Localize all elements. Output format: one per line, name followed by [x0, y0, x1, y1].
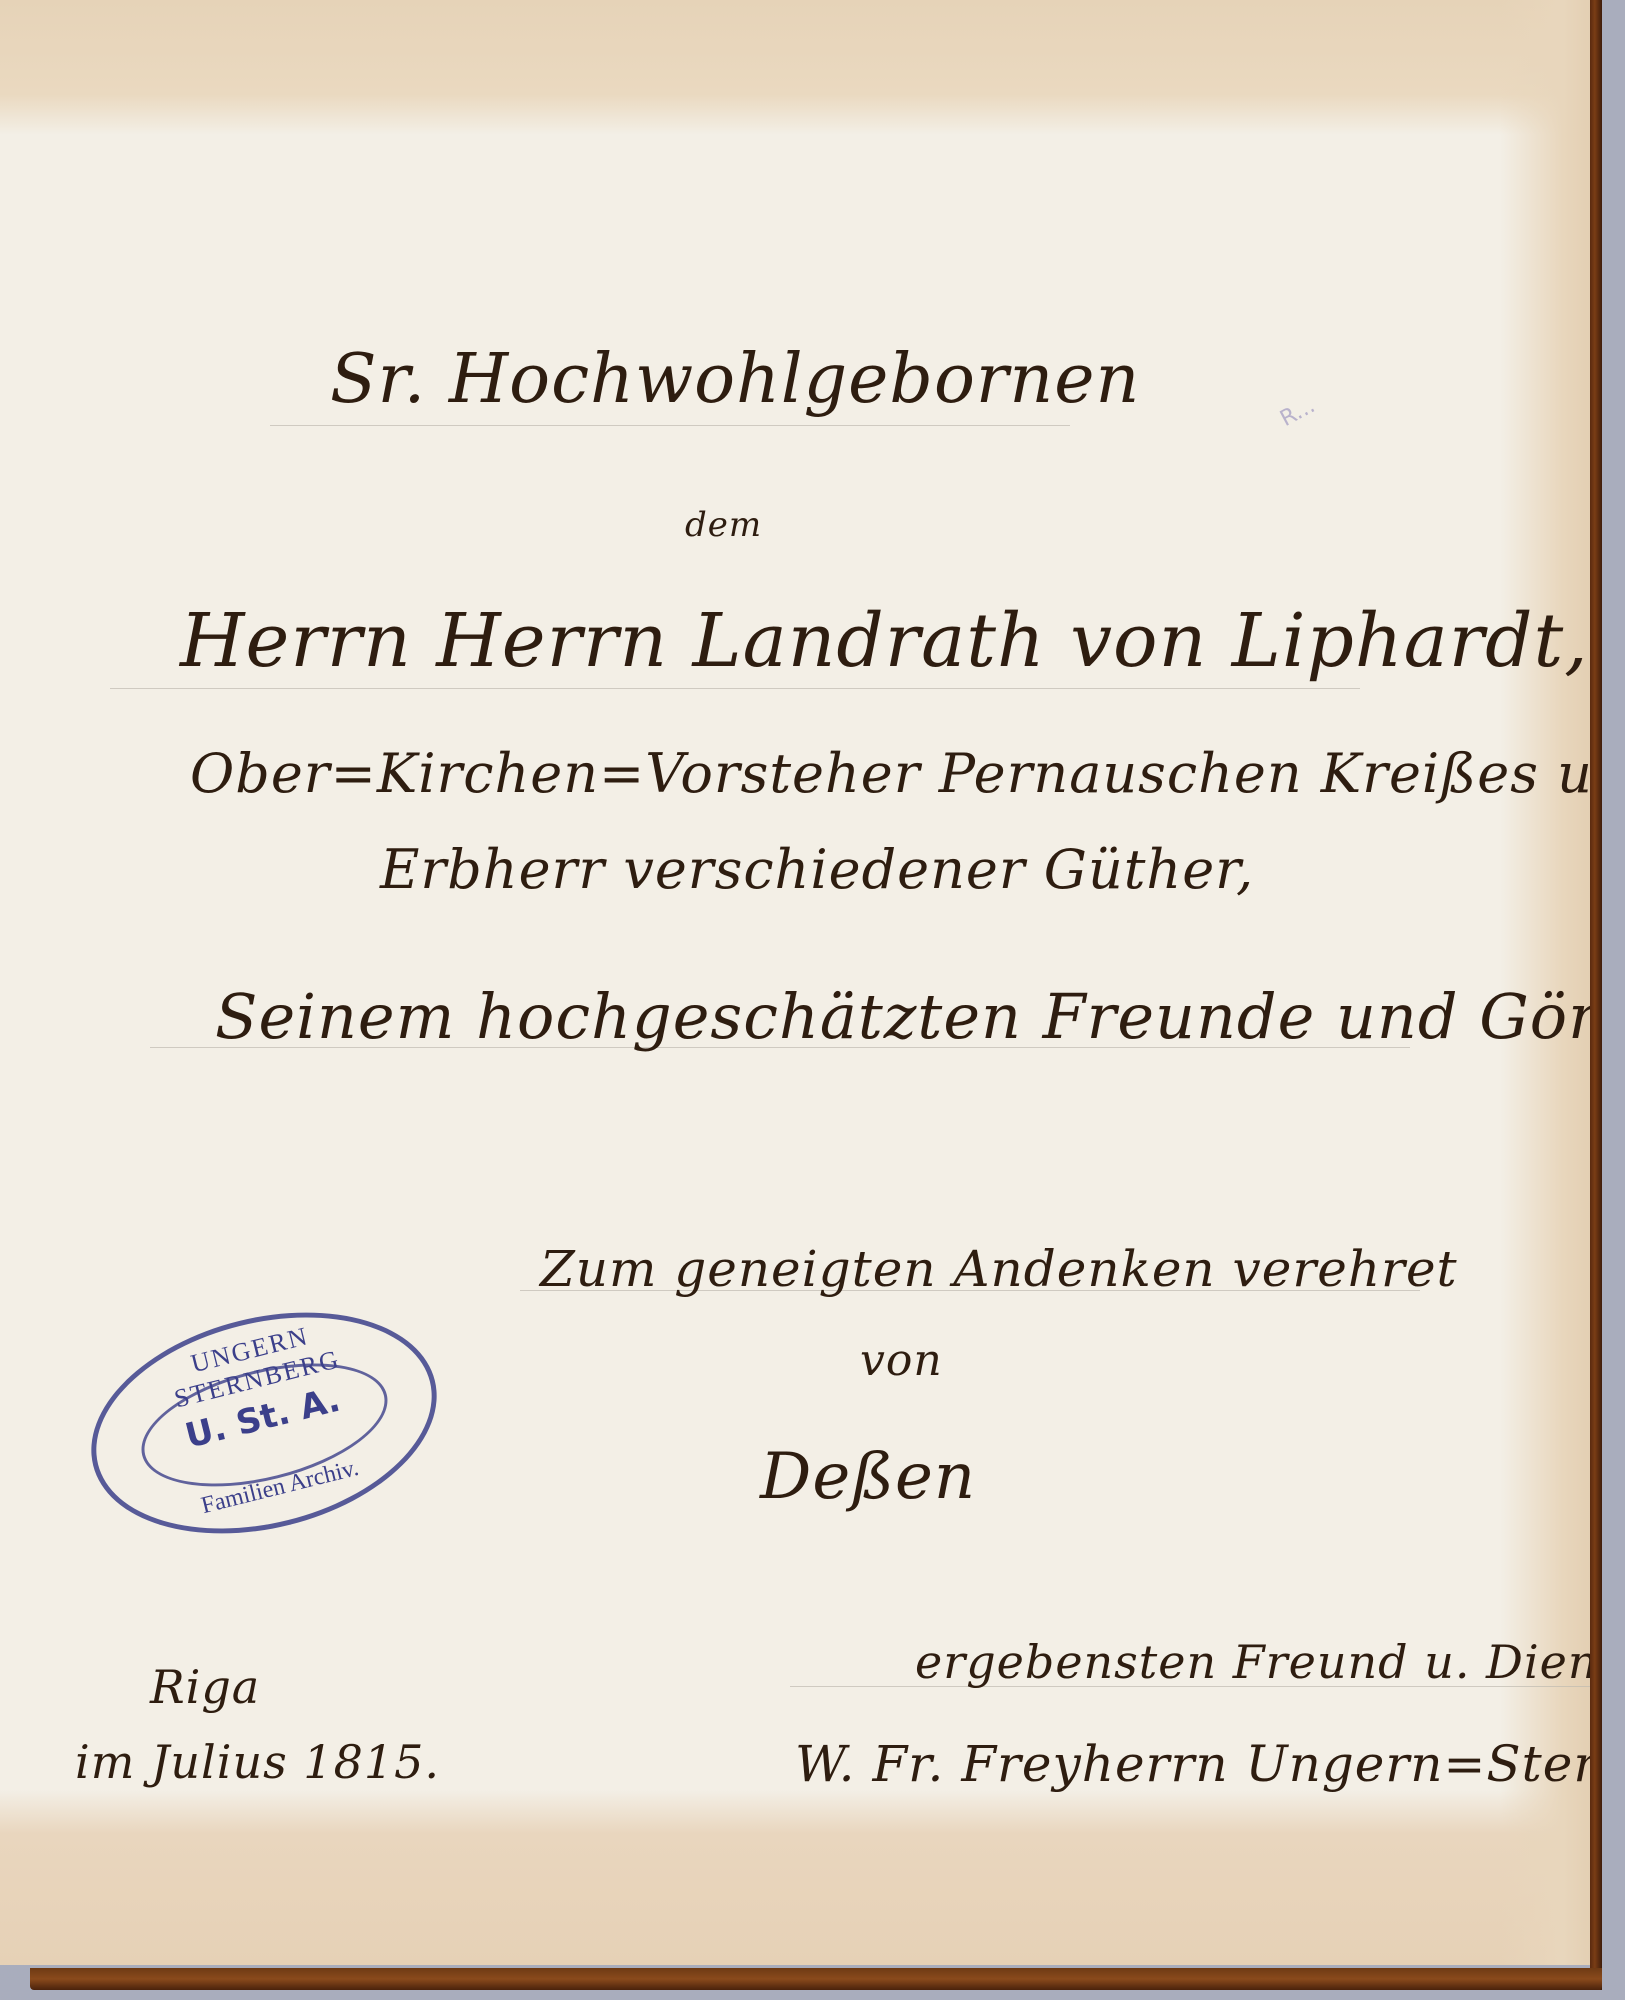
- dedication-superscript-dem: dem: [685, 505, 762, 545]
- archive-stamp: UNGERN STERNBERG U. St. A. Familien Arch…: [68, 1279, 460, 1568]
- guide-rule: [110, 688, 1360, 689]
- presentation-von: von: [860, 1335, 943, 1386]
- paper-stain-top: [0, 0, 1590, 135]
- date-july-1815: im Julius 1815.: [75, 1735, 440, 1789]
- place-riga: Riga: [150, 1660, 260, 1714]
- dedication-epithet: Seinem hochgeschätzten Freunde und Gönne…: [215, 980, 1590, 1053]
- book-binding-edge-bottom: [30, 1968, 1602, 1990]
- signature-closing: ergebensten Freund u. Diener.: [915, 1635, 1590, 1689]
- dedication-recipient-office: Ober=Kirchen=Vorsteher Pernauschen Kreiß…: [190, 742, 1590, 805]
- dedication-recipient-estates: Erbherr verschiedener Güther,: [380, 838, 1254, 901]
- paper-stain-bottom: [0, 1790, 1590, 1965]
- dedication-salutation: Sr. Hochwohlgebornen: [330, 340, 1140, 419]
- guide-rule: [270, 425, 1070, 426]
- manuscript-page: Sr. Hochwohlgebornen dem Herrn Herrn Lan…: [0, 0, 1590, 1965]
- faint-library-stamp: R...: [1276, 393, 1319, 432]
- book-binding-edge-right: [1590, 0, 1602, 1990]
- presentation-phrase: Zum geneigten Andenken verehret: [540, 1240, 1458, 1298]
- dedication-recipient-name: Herrn Herrn Landrath von Liphardt,: [180, 598, 1589, 684]
- signature-name: W. Fr. Freyherrn Ungern=Sternberg.: [795, 1735, 1590, 1793]
- presentation-dessen: Deßen: [760, 1440, 976, 1514]
